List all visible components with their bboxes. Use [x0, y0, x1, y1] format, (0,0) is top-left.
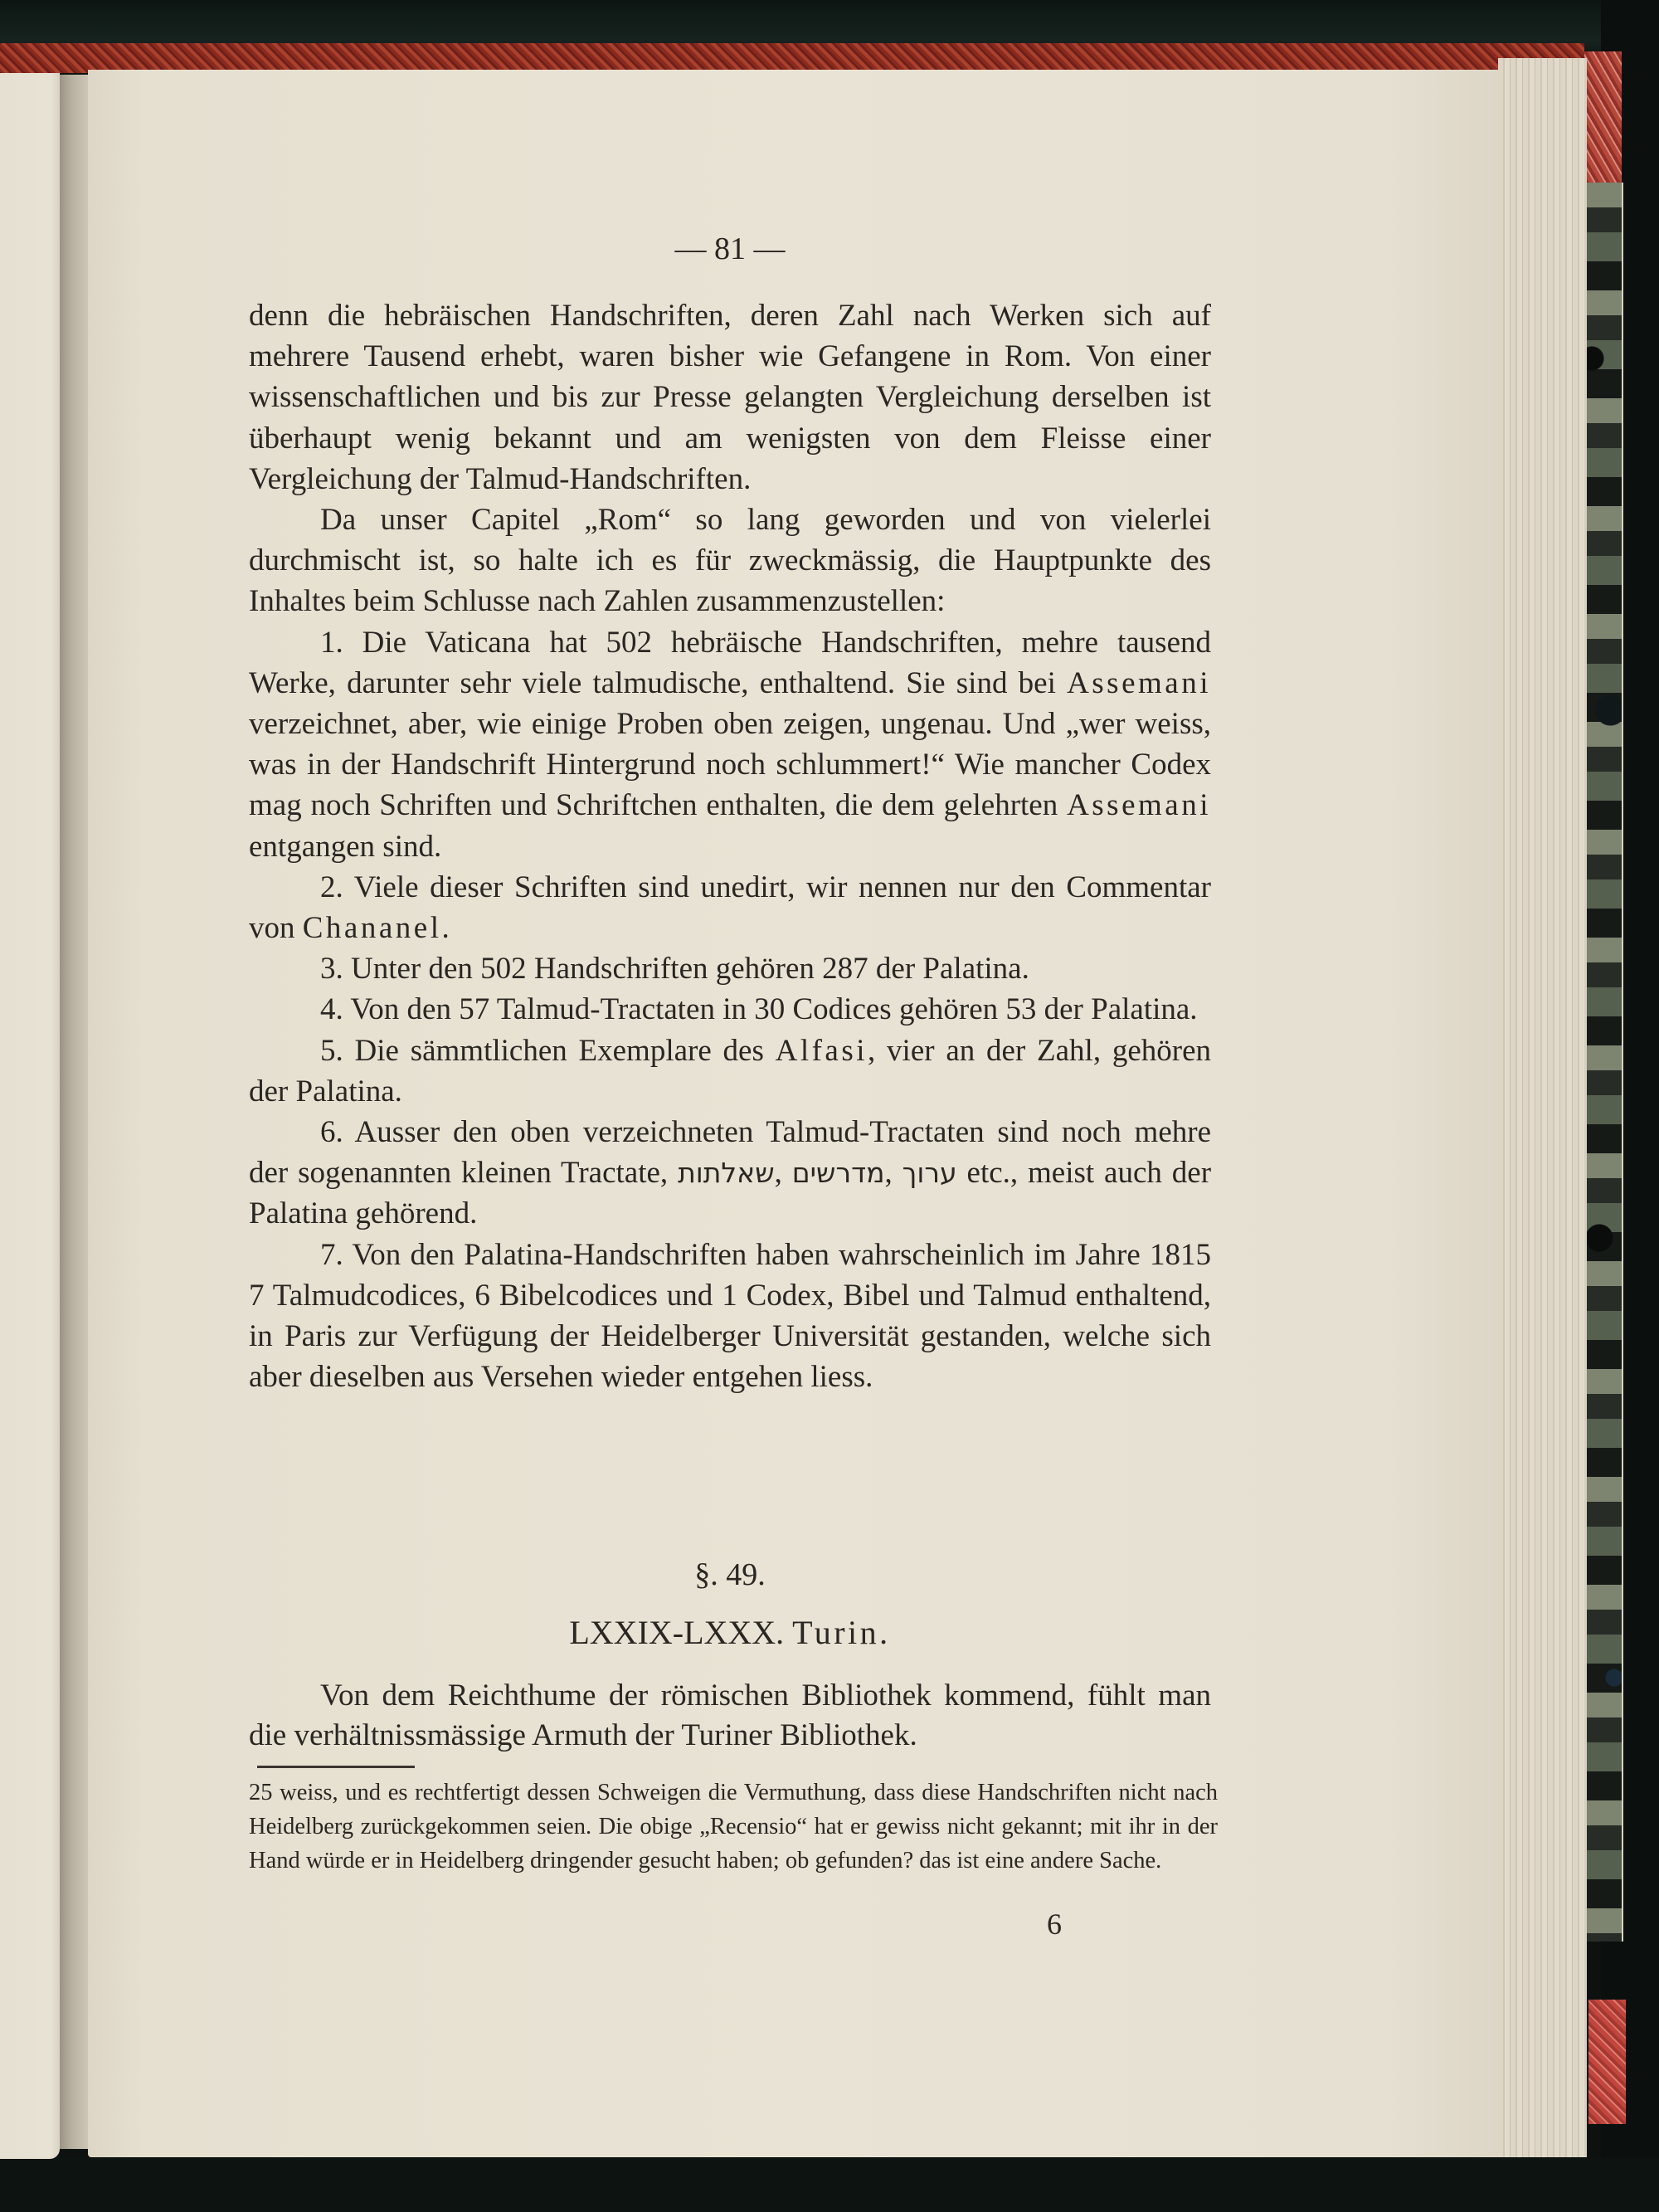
paragraph-1: denn die hebräischen Handschriften, dere… — [249, 295, 1211, 499]
left-page-edge — [0, 73, 60, 2159]
signature-mark: 6 — [1047, 1907, 1062, 1942]
author-name: Assemani — [1067, 666, 1211, 700]
section-roman-numerals: LXXIX-LXXX. — [569, 1614, 784, 1651]
list-item-4: 4. Von den 57 Talmud-Tractaten in 30 Cod… — [249, 989, 1211, 1030]
book-cover-bottom — [0, 2157, 1659, 2212]
page-number: — 81 — — [647, 231, 813, 267]
red-cloth-corner-top — [1584, 51, 1622, 192]
main-text: denn die hebräischen Handschriften, dere… — [249, 295, 1211, 1397]
footnote: 25 weiss, und es rechtfertigt dessen Sch… — [249, 1776, 1218, 1878]
list-item-7: 7. Von den Palatina-Handschriften haben … — [249, 1235, 1211, 1398]
list-item-3: 3. Unter den 502 Handschriften gehören 2… — [249, 948, 1211, 989]
footnote-divider — [257, 1766, 415, 1768]
footnote-text: 25 weiss, und es rechtfertigt dessen Sch… — [249, 1776, 1218, 1878]
author-name: Chananel — [303, 911, 442, 945]
list-item-1: 1. Die Vaticana hat 502 hebräische Hands… — [249, 622, 1211, 867]
section-body: Von dem Reichthume der römischen Bibliot… — [249, 1676, 1211, 1756]
hebrew-word: שאלתות — [678, 1157, 775, 1189]
book-gutter — [60, 75, 90, 2149]
hebrew-word: מדרשים — [792, 1157, 885, 1189]
author-name: Assemani — [1067, 788, 1211, 822]
page-stack-edges — [1498, 58, 1587, 2157]
list-item-5: 5. Die sämmtlichen Exemplare des Alfasi,… — [249, 1030, 1211, 1112]
section-number: §. 49. — [249, 1557, 1211, 1593]
marbled-board-edge — [1584, 183, 1623, 1942]
list-item-2: 2. Viele dieser Schriften sind unedirt, … — [249, 867, 1211, 948]
item-5-text: 5. Die sämmtlichen Exemplare des — [320, 1034, 776, 1068]
section-opening-paragraph: Von dem Reichthume der römischen Bibliot… — [249, 1676, 1211, 1756]
item-1-text-end: entgangen sind. — [249, 830, 441, 864]
section-title: LXXIX-LXXX. Turin. — [249, 1613, 1211, 1652]
section-place-name: Turin. — [792, 1614, 890, 1651]
list-item-6: 6. Ausser den oben verzeichneten Talmud-… — [249, 1112, 1211, 1235]
red-cloth-corner-bottom — [1588, 2000, 1626, 2124]
item-2-text-end: . — [441, 911, 449, 945]
separator: , — [885, 1156, 902, 1190]
author-name: Alfasi — [776, 1034, 868, 1068]
separator: , — [775, 1156, 792, 1190]
hebrew-word: ערוך — [902, 1157, 957, 1189]
paragraph-2: Da unser Capitel „Rom“ so lang geworden … — [249, 499, 1211, 622]
red-headband — [0, 43, 1584, 73]
